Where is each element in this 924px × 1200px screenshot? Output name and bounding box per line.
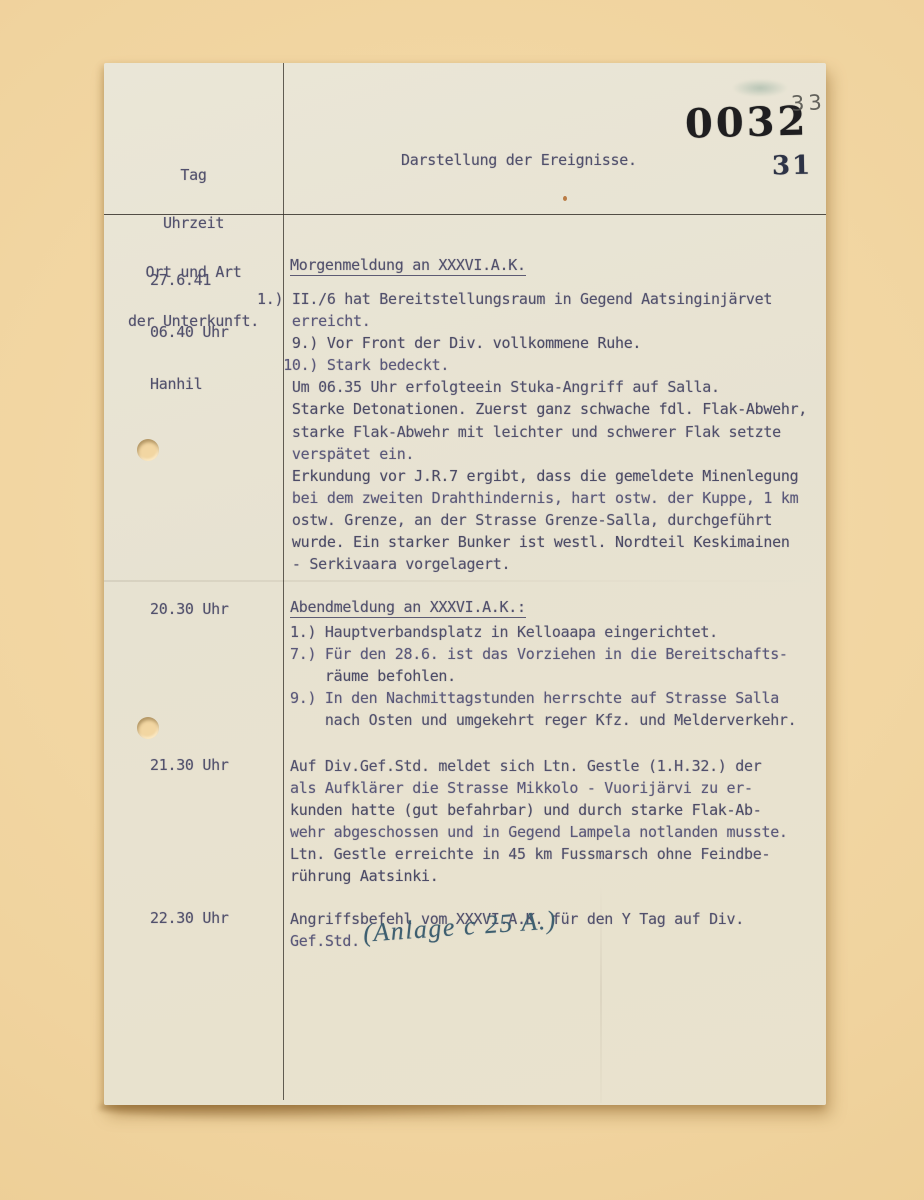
entry-time: 20.30 Uhr	[150, 600, 229, 618]
typewritten-line: ostw. Grenze, an der Strasse Grenze-Sall…	[257, 509, 807, 531]
typewritten-line: wurde. Ein starker Bunker ist westl. Nor…	[257, 531, 807, 553]
header-line: Tag	[104, 167, 283, 183]
typewritten-line: 9.) In den Nachmittagstunden herrschte a…	[290, 687, 796, 709]
underlined-title-text: Abendmeldung an XXXVI.A.K.:	[290, 598, 526, 618]
typewritten-line: 9.) Vor Front der Div. vollkommene Ruhe.	[257, 332, 807, 354]
typewritten-line: 7.) Für den 28.6. ist das Vorziehen in d…	[290, 643, 796, 665]
photo-backdrop: Tag Uhrzeit Ort und Art der Unterkunft. …	[0, 0, 924, 1200]
punch-hole-bottom	[137, 717, 159, 739]
pencil-page-number: 33	[790, 90, 826, 116]
typewritten-line: verspätet ein.	[257, 443, 807, 465]
fold-crease-horizontal	[104, 580, 826, 582]
column-header-events: Darstellung der Ereignisse.	[401, 149, 637, 171]
typewritten-line: wehr abgeschossen und in Gegend Lampela …	[290, 821, 788, 843]
report-body: 1.) II./6 hat Bereitstellungsraum in Geg…	[257, 288, 807, 575]
typewritten-line: Auf Div.Gef.Std. meldet sich Ltn. Gestle…	[290, 755, 788, 777]
entry-time: 06.40 Uhr	[150, 324, 229, 341]
report-body: 1.) Hauptverbandsplatz in Kelloaapa eing…	[290, 621, 796, 731]
column-divider-line	[283, 63, 284, 1100]
war-diary-page: Tag Uhrzeit Ort und Art der Unterkunft. …	[104, 63, 826, 1105]
typewritten-line: rührung Aatsinki.	[290, 865, 788, 887]
typewritten-line: als Aufklärer die Strasse Mikkolo - Vuor…	[290, 777, 788, 799]
typewritten-line: bei dem zweiten Drahthindernis, hart ost…	[257, 487, 807, 509]
entry-time: 22.30 Uhr	[150, 909, 229, 927]
report-title: Abendmeldung an XXXVI.A.K.:	[290, 598, 526, 616]
entry-date: 27.6.41	[150, 272, 229, 289]
typewritten-line: starke Flak-Abwehr mit leichter und schw…	[257, 421, 807, 443]
typewritten-line: erreicht.	[257, 310, 807, 332]
header-line: Uhrzeit	[104, 215, 283, 231]
typewritten-line: 1.) Hauptverbandsplatz in Kelloaapa eing…	[290, 621, 796, 643]
entry-datetime: 27.6.41 06.40 Uhr Hanhil	[150, 237, 229, 428]
ink-smudge	[732, 79, 788, 97]
entry-time: 21.30 Uhr	[150, 756, 229, 774]
typewritten-line: räume befohlen.	[290, 665, 796, 687]
typewritten-line: Ltn. Gestle erreichte in 45 km Fussmarsc…	[290, 843, 788, 865]
punch-hole-top	[137, 439, 159, 461]
secondary-page-number-stamp: 31	[772, 151, 813, 182]
typewritten-line: Erkundung vor J.R.7 ergibt, dass die gem…	[257, 465, 807, 487]
typewritten-line: Um 06.35 Uhr erfolgteein Stuka-Angriff a…	[257, 376, 807, 398]
typewritten-line: Starke Detonationen. Zuerst ganz schwach…	[257, 398, 807, 420]
paper-speck	[563, 196, 567, 201]
typewritten-line: 10.) Stark bedeckt.	[257, 354, 807, 376]
report-body: Auf Div.Gef.Std. meldet sich Ltn. Gestle…	[290, 755, 788, 888]
underlined-title-text: Morgenmeldung an XXXVI.A.K.	[290, 256, 526, 276]
typewritten-line: kunden hatte (gut befahrbar) und durch s…	[290, 799, 788, 821]
typewritten-line: nach Osten und umgekehrt reger Kfz. und …	[290, 709, 796, 731]
report-title: Morgenmeldung an XXXVI.A.K.	[290, 256, 526, 274]
typewritten-line: - Serkivaara vorgelagert.	[257, 553, 807, 575]
typewritten-line: 1.) II./6 hat Bereitstellungsraum in Geg…	[257, 288, 807, 310]
entry-location: Hanhil	[150, 376, 229, 393]
